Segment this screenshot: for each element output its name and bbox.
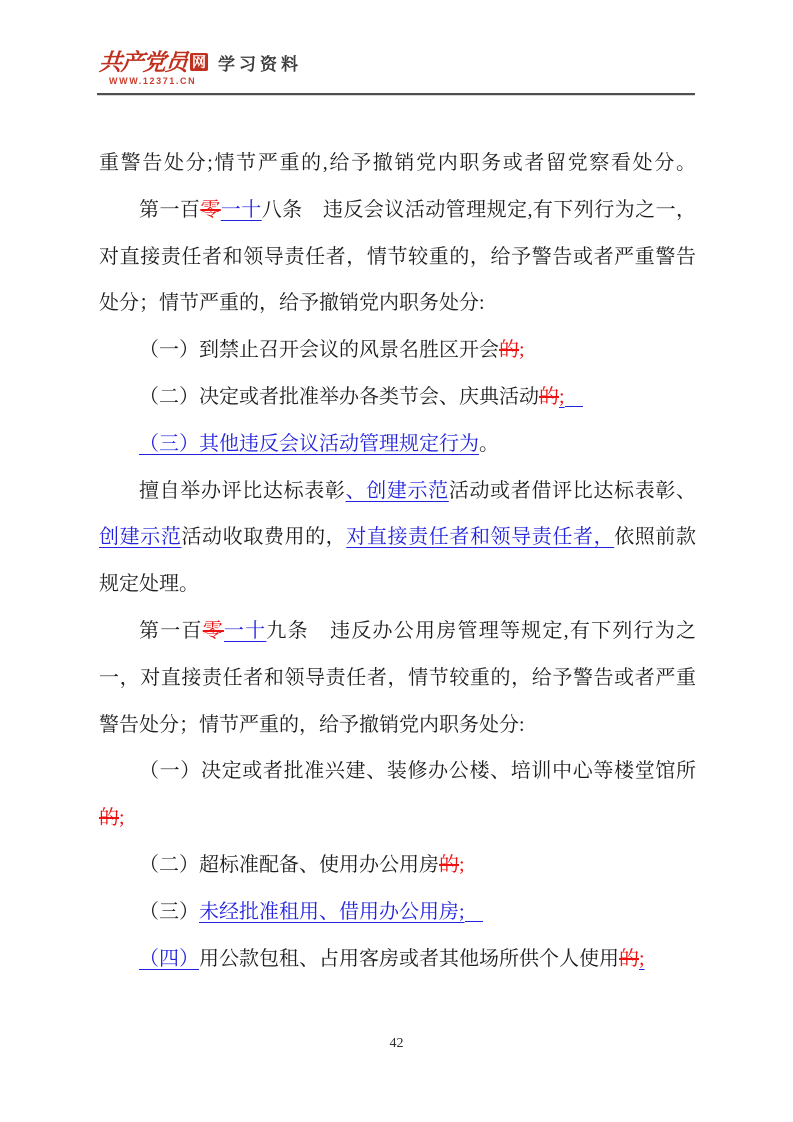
paragraph: 第一百零一十八条 违反会议活动管理规定,有下列行为之一，对直接责任者和领导责任者… (99, 187, 696, 327)
paragraph: （二）超标准配备、使用办公用房的; (99, 842, 696, 889)
paragraph: 重警告处分;情节严重的,给予撤销党内职务或者留党察看处分。 (99, 140, 696, 187)
text-run: （一）到禁止召开会议的风景名胜区开会 (139, 339, 499, 361)
header-doc-label: 学习资料 (218, 56, 302, 73)
inserted-text-run: 未经批准租用、借用办公用房; (199, 901, 465, 923)
text-run: 重警告处分;情节严重的,给予撤销党内职务或者留党察看处分。 (99, 152, 696, 174)
inserted-text-run: 创建示范 (99, 526, 181, 548)
text-run: 活动或者借评比达标表彰、 (449, 480, 696, 502)
inserted-text-run: （三）其他违反会议活动管理规定行为 (139, 433, 479, 455)
paragraph: 擅自举办评比达标表彰、创建示范活动或者借评比达标表彰、创建示范活动收取费用的，对… (99, 468, 696, 608)
logo-wordmark: 共产党员 网 (99, 50, 208, 74)
deleted-text-run: 零 (200, 199, 220, 221)
inserted-text-run: 一十 (221, 199, 262, 221)
page-footer: 42 (0, 1036, 793, 1052)
paragraph: 第一百零一十九条 违反办公用房管理等规定,有下列行为之一，对直接责任者和领导责任… (99, 608, 696, 748)
inserted-text-run: 一十 (224, 620, 266, 642)
site-logo: 共产党员 网 WWW.12371.CN (99, 50, 208, 86)
text-run: （一）决定或者批准兴建、装修办公楼、培训中心等楼堂馆所 (139, 760, 696, 782)
document-body: 重警告处分;情节严重的,给予撤销党内职务或者留党察看处分。第一百零一十八条 违反… (99, 140, 696, 982)
deleted-punct-inserted-run: ; (639, 948, 645, 970)
deleted-text-run: 的 (439, 854, 459, 876)
paragraph: （三）其他违反会议活动管理规定行为。 (99, 421, 696, 468)
inserted-text-run: 对直接责任者和领导责任者， (346, 526, 614, 548)
text-run: 用公款包租、占用客房或者其他场所供个人使用 (199, 948, 619, 970)
deleted-text-run: 的 (499, 339, 519, 361)
text-run: 。 (479, 433, 499, 455)
inserted-underline-space (565, 387, 583, 407)
text-run: （二）决定或者批准举办各类节会、庆典活动 (139, 386, 539, 408)
inserted-underline-space (465, 902, 483, 922)
page-number: 42 (390, 1036, 404, 1051)
inserted-text-run: （四） (139, 948, 199, 970)
paragraph: （一）到禁止召开会议的风景名胜区开会的; (99, 327, 696, 374)
header-divider (97, 93, 695, 96)
page-header: 共产党员 网 WWW.12371.CN 学习资料 (99, 50, 696, 86)
text-run: 第一百 (139, 620, 203, 642)
deleted-punct-run: ; (119, 807, 125, 829)
logo-net-box-icon: 网 (190, 53, 208, 71)
deleted-text-run: 的 (99, 807, 119, 829)
deleted-text-run: 的 (619, 948, 639, 970)
paragraph: （三）未经批准租用、借用办公用房; (99, 889, 696, 936)
document-page: 共产党员 网 WWW.12371.CN 学习资料 重警告处分;情节严重的,给予撤… (0, 0, 793, 1122)
deleted-punct-run: ; (519, 339, 525, 361)
inserted-text-run: 、创建示范 (346, 480, 449, 502)
text-run: 擅自举办评比达标表彰 (139, 480, 346, 502)
logo-url-text: WWW.12371.CN (99, 77, 208, 86)
paragraph: （四）用公款包租、占用客房或者其他场所供个人使用的; (99, 936, 696, 983)
deleted-text-run: 的 (539, 386, 559, 408)
text-run: 活动收取费用的， (181, 526, 346, 548)
paragraph: （二）决定或者批准举办各类节会、庆典活动的; (99, 374, 696, 421)
deleted-punct-run: ; (459, 854, 465, 876)
text-run: （二）超标准配备、使用办公用房 (139, 854, 439, 876)
paragraph: （一）决定或者批准兴建、装修办公楼、培训中心等楼堂馆所的; (99, 748, 696, 842)
deleted-text-run: 零 (203, 620, 224, 642)
text-run: 第一百 (139, 199, 200, 221)
logo-calligraphy-text: 共产党员 (98, 51, 188, 74)
text-run: （三） (139, 901, 199, 923)
